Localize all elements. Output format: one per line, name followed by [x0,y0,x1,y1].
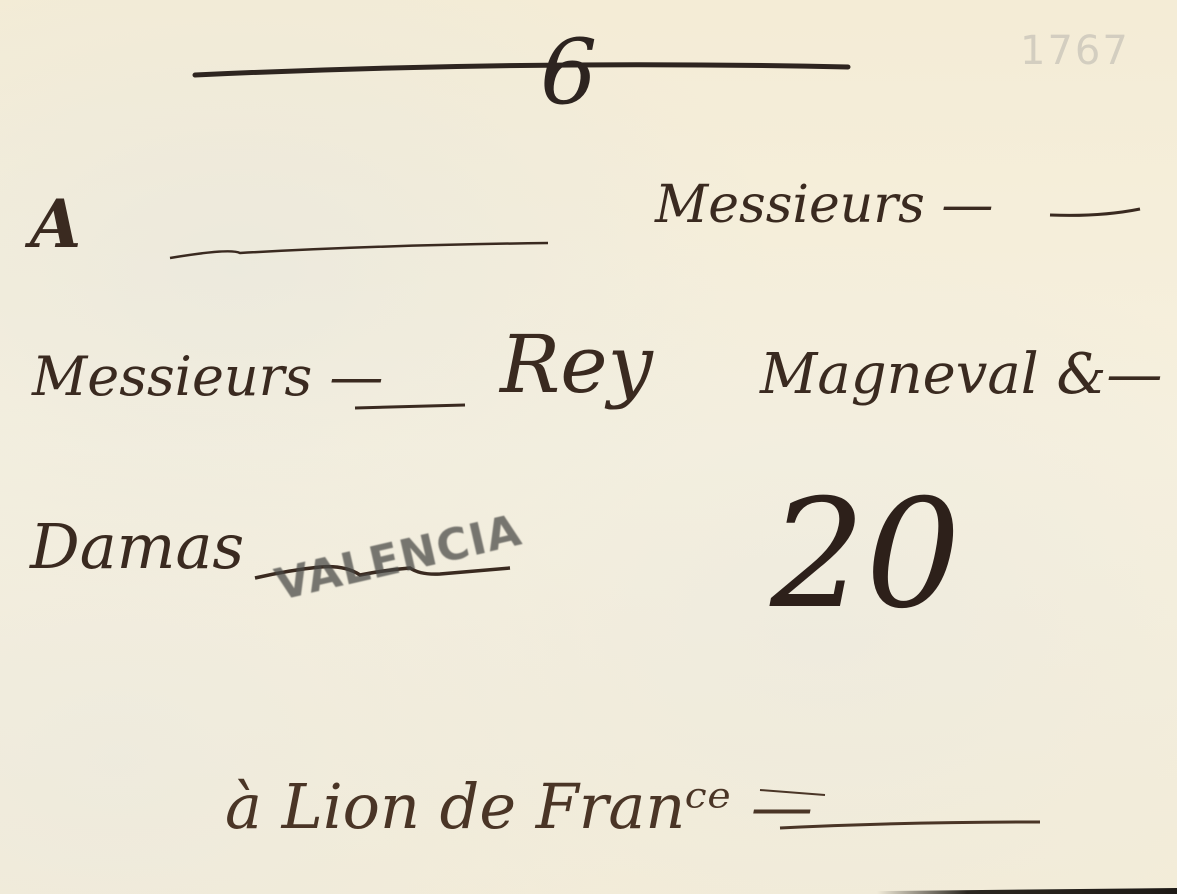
destination-line: à Lion de Franᶜᵉ — [225,770,813,843]
addressee-surname: Damas [30,510,244,583]
pencil-annotation: 1767 [1020,28,1130,74]
letter-cover: 6 1767 A Messieurs — Messieurs — Rey Mag… [0,0,1177,894]
ink-strokes [0,0,1177,894]
rate-mark-top: 6 [540,20,597,125]
address-prefix: A [30,185,81,263]
address-title-2: Messieurs — [32,345,383,408]
addressee-name: Rey [500,318,653,411]
address-title-1: Messieurs — [655,175,993,235]
addressee-name-2: Magneval &— [760,342,1162,407]
rate-numeral: 20 [770,480,961,630]
